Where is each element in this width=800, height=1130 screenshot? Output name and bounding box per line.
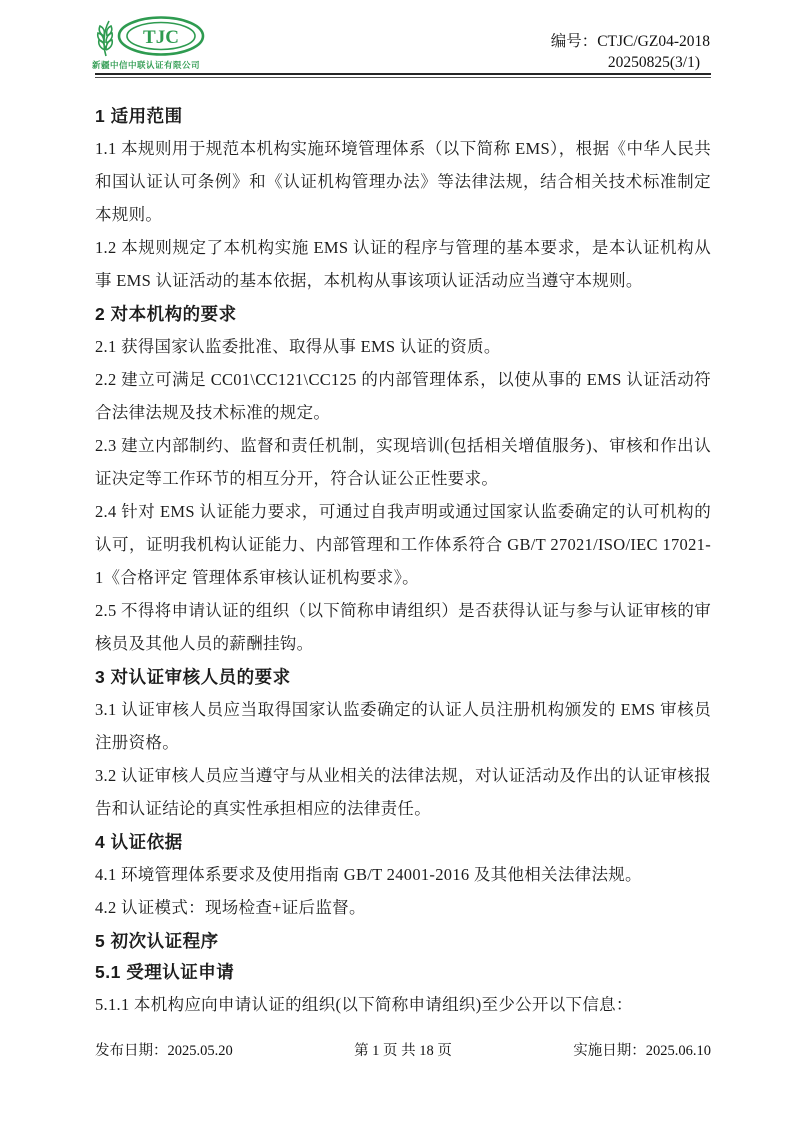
paragraph-2-2: 2.2 建立可满足 CC01\CC121\CC125 的内部管理体系，以使从事的… [95, 363, 711, 429]
paragraph-2-5: 2.5 不得将申请认证的组织（以下简称申请组织）是否获得认证与参与认证审核的审核… [95, 594, 711, 660]
page-footer: 发布日期：2025.05.20 第 1 页 共 18 页 实施日期：2025.0… [95, 1039, 711, 1060]
release-date: 发布日期：2025.05.20 [95, 1039, 233, 1060]
document-number-block: 编号：CTJC/GZ04-2018 20250825(3/1) [551, 31, 710, 73]
document-number: 编号：CTJC/GZ04-2018 [551, 31, 710, 52]
document-body: 1 适用范围 1.1 本规则用于规范本机构实施环境管理体系（以下简称 EMS），… [95, 99, 711, 1021]
logo-letters: TJC [143, 27, 179, 48]
paragraph-2-1: 2.1 获得国家认监委批准、取得从事 EMS 认证的资质。 [95, 330, 711, 363]
paragraph-4-1: 4.1 环境管理体系要求及使用指南 GB/T 24001-2016 及其他相关法… [95, 858, 711, 891]
section-heading-1: 1 适用范围 [95, 103, 711, 130]
section-heading-2: 2 对本机构的要求 [95, 301, 711, 328]
section-heading-4: 4 认证依据 [95, 829, 711, 856]
implement-date: 实施日期：2025.06.10 [573, 1039, 711, 1060]
company-logo-icon: TJC [92, 16, 210, 58]
section-heading-5: 5 初次认证程序 [95, 928, 711, 955]
paragraph-2-4: 2.4 针对 EMS 认证能力要求，可通过自我声明或通过国家认监委确定的认可机构… [95, 495, 711, 594]
header-divider [95, 73, 711, 78]
wheat-ear-icon [98, 21, 113, 56]
document-number-revision: 20250825(3/1) [551, 52, 710, 73]
paragraph-3-2: 3.2 认证审核人员应当遵守与从业相关的法律法规，对认证活动及作出的认证审核报告… [95, 759, 711, 825]
document-page: TJC 新疆中信中联认证有限公司 编号：CTJC/GZ04-2018 20250… [0, 0, 800, 1130]
paragraph-2-3: 2.3 建立内部制约、监督和责任机制，实现培训(包括相关增值服务)、审核和作出认… [95, 429, 711, 495]
company-name: 新疆中信中联认证有限公司 [92, 59, 222, 71]
company-logo: TJC 新疆中信中联认证有限公司 [92, 16, 222, 71]
page-number: 第 1 页 共 18 页 [354, 1039, 452, 1060]
section-heading-3: 3 对认证审核人员的要求 [95, 664, 711, 691]
paragraph-5-1-1: 5.1.1 本机构应向申请认证的组织(以下简称申请组织)至少公开以下信息： [95, 988, 711, 1021]
paragraph-4-2: 4.2 认证模式：现场检查+证后监督。 [95, 891, 711, 924]
paragraph-1-2: 1.2 本规则规定了本机构实施 EMS 认证的程序与管理的基本要求，是本认证机构… [95, 231, 711, 297]
subsection-heading-5-1: 5.1 受理认证申请 [95, 959, 711, 986]
paragraph-3-1: 3.1 认证审核人员应当取得国家认监委确定的认证人员注册机构颁发的 EMS 审核… [95, 693, 711, 759]
paragraph-1-1: 1.1 本规则用于规范本机构实施环境管理体系（以下简称 EMS），根据《中华人民… [95, 132, 711, 231]
